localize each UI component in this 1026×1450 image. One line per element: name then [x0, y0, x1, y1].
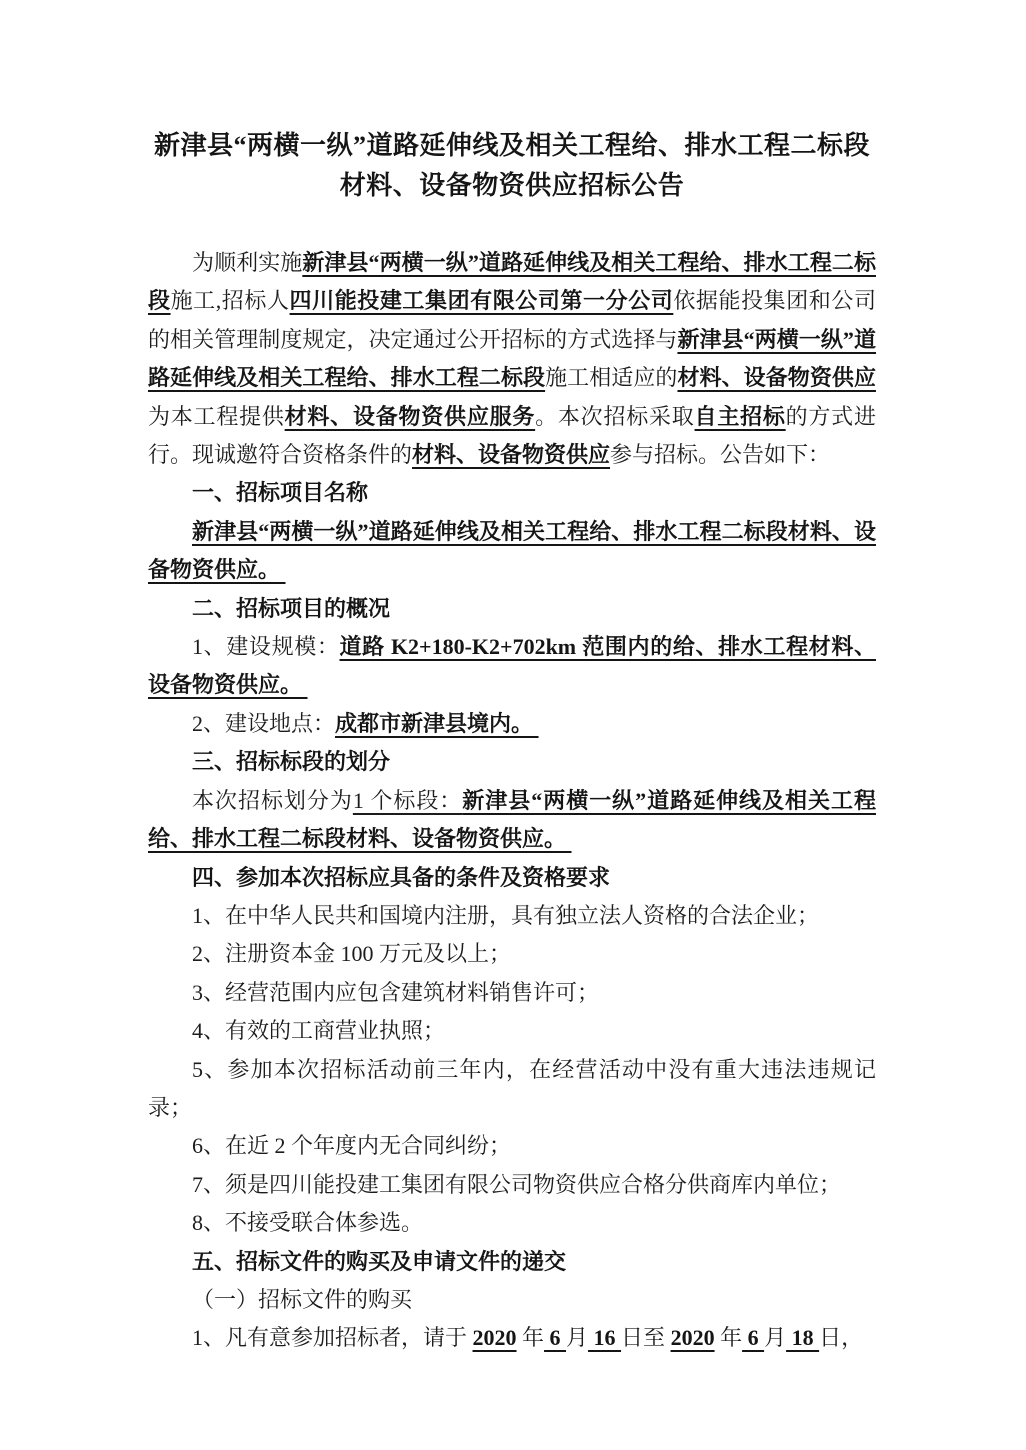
text-run: 3、经营范围内应包含建筑材料销售许可； — [192, 980, 599, 1005]
text-run: 日， — [819, 1325, 863, 1350]
text-run: 为本工程提供 — [148, 404, 285, 429]
text-run: 2020 — [671, 1325, 715, 1350]
requirement-item-5: 5、参加本次招标活动前三年内，在经营活动中没有重大违法违规记录； — [148, 1051, 876, 1128]
text-run: 四川能投建工集团有限公司第一分公司 — [290, 288, 674, 313]
text-run: 二、招标项目的概况 — [192, 596, 390, 621]
construction-scale-paragraph: 1、建设规模：道路 K2+180-K2+702km 范围内的给、排水工程材料、设… — [148, 628, 876, 705]
requirement-item-8: 8、不接受联合体参选。 — [148, 1204, 876, 1242]
section-heading-2: 二、招标项目的概况 — [148, 590, 876, 628]
text-run: 1 个标段： — [353, 788, 462, 813]
text-run: 2、建设地点： — [192, 711, 335, 736]
text-run: 成都市新津县境内。 — [335, 711, 539, 736]
text-run: （一）招标文件的购买 — [192, 1287, 412, 1312]
requirement-item-1: 1、在中华人民共和国境内注册，具有独立法人资格的合法企业； — [148, 897, 876, 935]
text-run: 自主招标 — [695, 404, 786, 429]
requirement-item-4: 4、有效的工商营业执照； — [148, 1012, 876, 1050]
text-run: 5、参加本次招标活动前三年内，在经营活动中没有重大违法违规记录； — [148, 1057, 876, 1120]
text-run: 6 — [544, 1325, 566, 1350]
text-run: 6 — [742, 1325, 764, 1350]
text-run: 材料、设备物资供应服务 — [285, 404, 536, 429]
section-heading-5: 五、招标文件的购买及申请文件的递交 — [148, 1243, 876, 1281]
text-run: 6、在近 2 个年度内无合同纠纷； — [192, 1133, 511, 1158]
text-run: 18 — [786, 1325, 819, 1350]
intro-paragraph: 为顺利实施新津县“两横一纵”道路延伸线及相关工程给、排水工程二标段施工,招标人四… — [148, 244, 876, 474]
text-run: 施工相适应的 — [545, 365, 677, 390]
text-run: 2020 — [473, 1325, 517, 1350]
subsection-heading-purchase: （一）招标文件的购买 — [148, 1281, 876, 1319]
text-run: 材料、设备物资供应 — [412, 442, 610, 467]
section-heading-4: 四、参加本次招标应具备的条件及资格要求 — [148, 859, 876, 897]
text-run: 为顺利实施 — [192, 250, 302, 275]
text-run: 1、建设规模： — [192, 634, 340, 659]
text-run: 三、招标标段的划分 — [192, 749, 390, 774]
text-run: 材料、设备物资供应 — [677, 365, 876, 390]
text-run: 施工,招标人 — [171, 288, 290, 313]
text-run: 五、招标文件的购买及申请文件的递交 — [192, 1249, 566, 1274]
text-run: 月 — [764, 1325, 786, 1350]
section-heading-1: 一、招标项目名称 — [148, 474, 876, 512]
text-run: 年 — [715, 1325, 743, 1350]
document-title: 新津县“两横一纵”道路延伸线及相关工程给、排水工程二标段 材料、设备物资供应招标… — [148, 126, 876, 206]
text-run: 。本次招标采取 — [535, 404, 694, 429]
text-run: 月 — [566, 1325, 588, 1350]
text-run: 新津县“两横一纵”道路延伸线及相关工程给、排水工程二标段材料、设备物资供应。 — [148, 519, 876, 582]
bid-division-paragraph: 本次招标划分为1 个标段：新津县“两横一纵”道路延伸线及相关工程给、排水工程二标… — [148, 782, 876, 859]
text-run: 16 — [588, 1325, 621, 1350]
text-run: 一、招标项目名称 — [192, 480, 368, 505]
purchase-date-paragraph: 1、凡有意参加招标者，请于 2020 年 6 月 16 日至 2020 年 6 … — [148, 1319, 876, 1357]
text-run: 本次招标划分为 — [192, 788, 353, 813]
requirement-item-2: 2、注册资本金 100 万元及以上； — [148, 935, 876, 973]
document-title-line-1: 新津县“两横一纵”道路延伸线及相关工程给、排水工程二标段 — [154, 131, 870, 160]
section-heading-3: 三、招标标段的划分 — [148, 743, 876, 781]
document-body: 为顺利实施新津县“两横一纵”道路延伸线及相关工程给、排水工程二标段施工,招标人四… — [148, 244, 876, 1358]
text-run: 1、在中华人民共和国境内注册，具有独立法人资格的合法企业； — [192, 903, 819, 928]
text-run: 4、有效的工商营业执照； — [192, 1018, 445, 1043]
text-run: 1、凡有意参加招标者，请于 — [192, 1325, 473, 1350]
project-name-paragraph: 新津县“两横一纵”道路延伸线及相关工程给、排水工程二标段材料、设备物资供应。 — [148, 513, 876, 590]
text-run: 2、注册资本金 100 万元及以上； — [192, 941, 511, 966]
document-title-line-2: 材料、设备物资供应招标公告 — [340, 171, 685, 200]
document-page: 新津县“两横一纵”道路延伸线及相关工程给、排水工程二标段 材料、设备物资供应招标… — [0, 0, 1026, 1450]
text-run: 年 — [517, 1325, 545, 1350]
requirement-item-3: 3、经营范围内应包含建筑材料销售许可； — [148, 974, 876, 1012]
text-run: 8、不接受联合体参选。 — [192, 1210, 423, 1235]
text-run: 7、须是四川能投建工集团有限公司物资供应合格分供商库内单位； — [192, 1172, 841, 1197]
construction-location-paragraph: 2、建设地点：成都市新津县境内。 — [148, 705, 876, 743]
text-run: 四、参加本次招标应具备的条件及资格要求 — [192, 865, 610, 890]
requirement-item-7: 7、须是四川能投建工集团有限公司物资供应合格分供商库内单位； — [148, 1166, 876, 1204]
requirement-item-6: 6、在近 2 个年度内无合同纠纷； — [148, 1127, 876, 1165]
text-run: 日至 — [621, 1325, 671, 1350]
text-run: 参与招标。公告如下： — [610, 442, 830, 467]
